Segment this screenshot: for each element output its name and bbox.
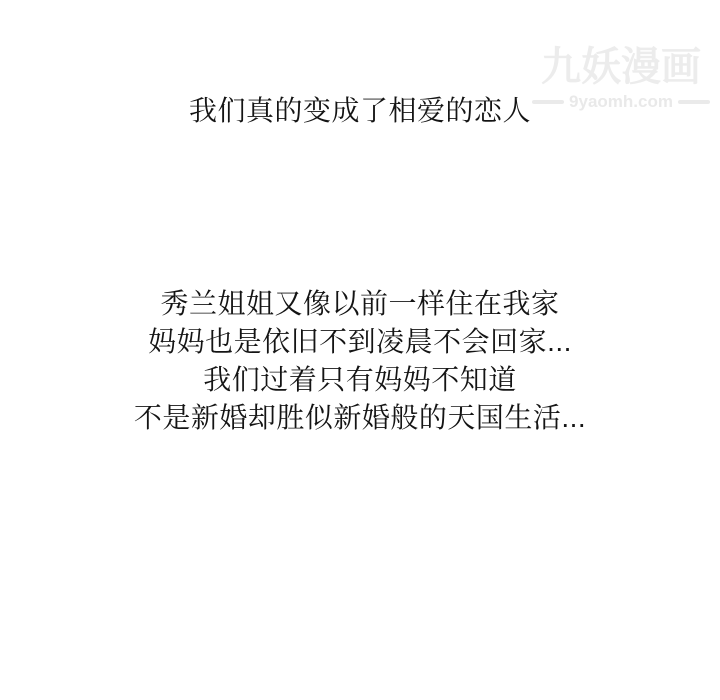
narration-line: 不是新婚却胜似新婚般的天国生活... (0, 399, 720, 437)
comic-page: 我们真的变成了相爱的恋人 九妖漫画 9yaomh.com 秀兰姐姐又像以前一样住… (0, 0, 720, 700)
narration-line: 妈妈也是依旧不到凌晨不会回家... (0, 323, 720, 361)
watermark-site-name: 九妖漫画 (532, 44, 710, 90)
watermark: 九妖漫画 9yaomh.com (532, 44, 710, 112)
watermark-url-row: 9yaomh.com (532, 92, 710, 112)
narration-line: 秀兰姐姐又像以前一样住在我家 (0, 285, 720, 323)
watermark-dash-right (678, 100, 710, 104)
narration-block: 秀兰姐姐又像以前一样住在我家 妈妈也是依旧不到凌晨不会回家... 我们过着只有妈… (0, 285, 720, 437)
watermark-site-url: 9yaomh.com (569, 92, 673, 112)
narration-line: 我们过着只有妈妈不知道 (0, 361, 720, 399)
watermark-dash-left (532, 100, 564, 104)
